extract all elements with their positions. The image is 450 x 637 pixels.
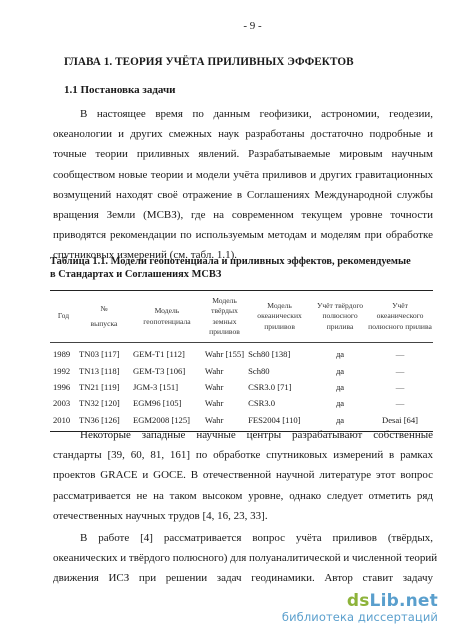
header-solid-pole-tide: Учёт твёрдого полюсного прилива (313, 291, 367, 343)
text-line: океанологии и других смежных наук разраб… (53, 124, 433, 144)
cell-solid-tide: Wahr (203, 362, 246, 378)
cell-year: 1989 (50, 343, 77, 363)
cell-year: 2003 (50, 395, 77, 411)
cell-ocean-pole: — (367, 362, 433, 378)
cell-geopotential: EGM96 [105] (131, 395, 203, 411)
cell-solid-pole: да (313, 343, 367, 363)
models-table: Год № выпуска Модель геопотенциала Модел… (50, 290, 433, 432)
cell-solid-pole: да (313, 395, 367, 411)
text-line: вращения Земли (МСВЗ), где на современно… (53, 205, 433, 225)
header-release: № выпуска (77, 291, 131, 343)
header-geopotential-model: Модель геопотенциала (131, 291, 203, 343)
header-ocean-pole-tide: Учёт океанического полюсного прилива (367, 291, 433, 343)
cell-solid-tide: Wahr (203, 395, 246, 411)
table-caption: Таблица 1.1. Модели геопотенциала и прил… (50, 255, 435, 281)
text-line: сообществом новые теории и модели учёта … (53, 165, 433, 185)
text-line: приводятся рекомендации по используемым … (53, 225, 433, 245)
cell-year: 1996 (50, 379, 77, 395)
chapter-title: ГЛАВА 1. ТЕОРИЯ УЧЁТА ПРИЛИВНЫХ ЭФФЕКТОВ (64, 56, 354, 68)
cell-ocean-tide: Sch80 [138] (246, 343, 313, 363)
cell-release: TN13 [118] (77, 362, 131, 378)
header-release-word: выпуска (91, 319, 118, 328)
text-line: возмущений находят своё отражение в Согл… (53, 185, 433, 205)
section-title: 1.1 Постановка задачи (64, 84, 176, 96)
cell-ocean-pole: — (367, 343, 433, 363)
header-ocean-tide-model: Модель океанических приливов (246, 291, 313, 343)
table-row: 1996 TN21 [119] JGM-3 [151] Wahr CSR3.0 … (50, 379, 433, 395)
table-caption-line: в Стандартах и Соглашениях МСВЗ (50, 268, 435, 281)
cell-release: TN21 [119] (77, 379, 131, 395)
cell-ocean-tide: CSR3.0 (246, 395, 313, 411)
text-line: Некоторые западные научные центры разраб… (53, 425, 433, 445)
text-line: океанических и твёрдого полюсного) для п… (53, 548, 433, 568)
table-row: 1992 TN13 [118] GEM-T3 [106] Wahr Sch80 … (50, 362, 433, 378)
cell-release: TN32 [120] (77, 395, 131, 411)
cell-release: TN03 [117] (77, 343, 131, 363)
cell-geopotential: JGM-3 [151] (131, 379, 203, 395)
table-row: 1989 TN03 [117] GEM-T1 [112] Wahr [155] … (50, 343, 433, 363)
page-number: - 9 - (0, 20, 450, 32)
watermark[interactable]: dsLib.net библиотека диссертаций (282, 592, 438, 624)
paragraph-western-standards: Некоторые западные научные центры разраб… (53, 425, 433, 526)
cell-ocean-pole: — (367, 379, 433, 395)
watermark-subtitle: библиотека диссертаций (282, 610, 438, 624)
text-line: рассматривается не на таком высоком уров… (53, 486, 433, 506)
text-line: В настоящее время по данным геофизики, а… (53, 104, 433, 124)
text-line: В работе [4] рассматривается вопрос учёт… (53, 528, 433, 548)
cell-solid-pole: да (313, 379, 367, 395)
header-year: Год (50, 291, 77, 343)
text-line: отечественных научных трудов [4, 16, 23,… (53, 506, 433, 526)
text-line: стандарты [39, 60, 81, 161] по обработке… (53, 445, 433, 465)
watermark-brand-lib: Lib.net (370, 591, 438, 611)
header-solid-tide-model: Модель твёрдых земных приливов (203, 291, 246, 343)
table-caption-line: Таблица 1.1. Модели геопотенциала и прил… (50, 255, 435, 268)
cell-geopotential: GEM-T3 [106] (131, 362, 203, 378)
text-line: проектов GRACE и GOCE. В отечественной н… (53, 465, 433, 485)
paragraph-work-4: В работе [4] рассматривается вопрос учёт… (53, 528, 433, 589)
cell-ocean-tide: Sch80 (246, 362, 313, 378)
cell-solid-pole: да (313, 362, 367, 378)
table-header-row: Год № выпуска Модель геопотенциала Модел… (50, 291, 433, 343)
cell-solid-tide: Wahr [155] (203, 343, 246, 363)
header-release-symbol: № (78, 304, 130, 314)
watermark-brand-ds: ds (347, 591, 370, 611)
cell-ocean-tide: CSR3.0 [71] (246, 379, 313, 395)
text-line: движения ИСЗ при решении задач геодинами… (53, 568, 433, 588)
cell-ocean-pole: — (367, 395, 433, 411)
data-table: Год № выпуска Модель геопотенциала Модел… (50, 290, 433, 432)
cell-solid-tide: Wahr (203, 379, 246, 395)
cell-year: 1992 (50, 362, 77, 378)
watermark-logo[interactable]: dsLib.net (282, 592, 438, 610)
cell-geopotential: GEM-T1 [112] (131, 343, 203, 363)
table-row: 2003 TN32 [120] EGM96 [105] Wahr CSR3.0 … (50, 395, 433, 411)
text-line: точные теории приливных явлений. Разраба… (53, 144, 433, 164)
paragraph-intro: В настоящее время по данным геофизики, а… (53, 104, 433, 266)
